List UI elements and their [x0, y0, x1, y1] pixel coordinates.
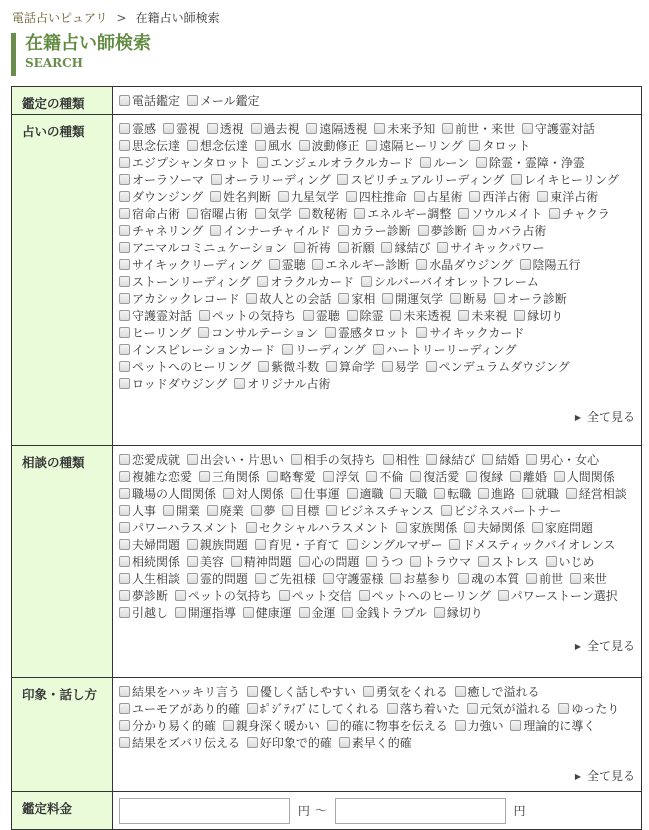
checkbox-option[interactable]: 適職: [347, 487, 384, 501]
checkbox-option[interactable]: 過去視: [251, 122, 300, 136]
checkbox[interactable]: [338, 293, 349, 304]
checkbox-option[interactable]: サイキックカード: [416, 326, 524, 340]
checkbox-option[interactable]: 金銭トラブル: [342, 606, 427, 620]
checkbox-option[interactable]: 親身深く暖かい: [223, 719, 320, 733]
checkbox-option[interactable]: 故人との会話: [246, 292, 331, 306]
checkbox-option[interactable]: ヒーリング: [119, 326, 191, 340]
checkbox-option[interactable]: 東洋占術: [537, 190, 598, 204]
checkbox-option[interactable]: 易学: [382, 360, 419, 374]
checkbox[interactable]: [396, 522, 407, 533]
checkbox-option[interactable]: スピリチュアルリーディング: [337, 173, 504, 187]
checkbox-option[interactable]: 開運気学: [382, 292, 443, 306]
checkbox[interactable]: [255, 208, 266, 219]
checkbox-option[interactable]: 廃業: [207, 504, 244, 518]
checkbox[interactable]: [294, 242, 305, 253]
checkbox-option[interactable]: 縁結び: [381, 241, 430, 255]
checkbox-option[interactable]: ペットへのヒーリング: [359, 589, 491, 603]
checkbox[interactable]: [410, 556, 421, 567]
checkbox[interactable]: [251, 505, 262, 516]
checkbox-option[interactable]: 除霊・霊障・浄霊: [476, 156, 585, 170]
checkbox-option[interactable]: 守護霊対話: [522, 122, 595, 136]
checkbox-option[interactable]: 魂の本質: [458, 572, 519, 586]
checkbox-option[interactable]: オリジナル占術: [234, 377, 330, 391]
checkbox[interactable]: [291, 488, 302, 499]
checkbox[interactable]: [119, 208, 130, 219]
checkbox[interactable]: [255, 539, 266, 550]
checkbox-option[interactable]: 開業: [163, 504, 200, 518]
checkbox[interactable]: [549, 208, 560, 219]
checkbox-option[interactable]: 家庭問題: [532, 521, 593, 535]
checkbox[interactable]: [323, 471, 334, 482]
checkbox[interactable]: [247, 737, 258, 748]
checkbox-option[interactable]: 好印象で的確: [247, 736, 332, 750]
checkbox-option[interactable]: 前世: [526, 572, 563, 586]
checkbox[interactable]: [511, 174, 522, 185]
checkbox-option[interactable]: 元気が溢れる: [467, 702, 552, 716]
checkbox[interactable]: [437, 242, 448, 253]
checkbox[interactable]: [469, 191, 480, 202]
checkbox-option[interactable]: オーラ診断: [494, 292, 567, 306]
checkbox-option[interactable]: パワーハラスメント: [119, 521, 239, 535]
checkbox[interactable]: [257, 276, 268, 287]
checkbox-option[interactable]: シングルマザー: [347, 538, 443, 552]
checkbox[interactable]: [291, 454, 302, 465]
checkbox-option[interactable]: リーディング: [282, 343, 366, 357]
checkbox[interactable]: [363, 686, 374, 697]
checkbox[interactable]: [373, 344, 384, 355]
checkbox-option[interactable]: 結果をハッキリ言う: [119, 685, 240, 699]
checkbox-option[interactable]: ルーン: [420, 156, 469, 170]
checkbox-option[interactable]: 浮気: [323, 470, 360, 484]
checkbox-option[interactable]: ペット交信: [279, 589, 352, 603]
checkbox[interactable]: [455, 720, 466, 731]
checkbox-option[interactable]: 祈願: [338, 241, 375, 255]
checkbox-option[interactable]: 夫婦関係: [464, 521, 525, 535]
checkbox-option[interactable]: 思念伝達: [119, 139, 180, 153]
checkbox[interactable]: [299, 140, 310, 151]
checkbox-option[interactable]: 男心・女心: [526, 453, 599, 467]
checkbox[interactable]: [119, 737, 130, 748]
checkbox-option[interactable]: 九星気学: [278, 190, 339, 204]
checkbox[interactable]: [207, 123, 218, 134]
checkbox-option[interactable]: ﾎﾟｼﾞﾃｨﾌﾞにしてくれる: [247, 702, 380, 716]
checkbox[interactable]: [119, 361, 130, 372]
checkbox-option[interactable]: 霊聴: [269, 258, 306, 272]
checkbox-option[interactable]: 守護霊様: [323, 572, 384, 586]
checkbox-option[interactable]: 四柱推命: [346, 190, 407, 204]
checkbox[interactable]: [187, 95, 198, 106]
checkbox[interactable]: [420, 157, 431, 168]
checkbox[interactable]: [410, 471, 421, 482]
checkbox[interactable]: [476, 157, 487, 168]
checkbox-option[interactable]: 霊感タロット: [325, 326, 410, 340]
checkbox-option[interactable]: ストーンリーディング: [119, 275, 251, 289]
checkbox[interactable]: [458, 310, 469, 321]
checkbox[interactable]: [366, 556, 377, 567]
checkbox-option[interactable]: ダウンジング: [119, 190, 203, 204]
show-all-link[interactable]: ▶全て見る: [119, 638, 635, 655]
checkbox[interactable]: [347, 310, 358, 321]
checkbox[interactable]: [442, 123, 453, 134]
checkbox-option[interactable]: 数秘術: [299, 207, 348, 221]
checkbox-option[interactable]: トラウマ: [410, 555, 471, 569]
checkbox[interactable]: [119, 276, 130, 287]
checkbox[interactable]: [251, 123, 262, 134]
checkbox[interactable]: [323, 573, 334, 584]
checkbox[interactable]: [119, 191, 130, 202]
checkbox[interactable]: [387, 703, 398, 714]
checkbox[interactable]: [326, 361, 337, 372]
checkbox-option[interactable]: 職場の人間関係: [119, 487, 216, 501]
checkbox[interactable]: [207, 505, 218, 516]
checkbox-option[interactable]: 電話鑑定: [119, 94, 180, 108]
checkbox-option[interactable]: 分かり易く的確: [119, 719, 216, 733]
checkbox[interactable]: [390, 310, 401, 321]
checkbox[interactable]: [467, 703, 478, 714]
checkbox[interactable]: [210, 191, 221, 202]
show-all-link[interactable]: ▶全て見る: [119, 768, 635, 785]
checkbox-option[interactable]: ペットの気持ち: [175, 589, 272, 603]
checkbox[interactable]: [187, 539, 198, 550]
checkbox-option[interactable]: 遠隔透視: [306, 122, 367, 136]
checkbox[interactable]: [299, 556, 310, 567]
checkbox[interactable]: [514, 310, 525, 321]
checkbox-option[interactable]: ハートリーリーディング: [373, 343, 517, 357]
checkbox-option[interactable]: 断易: [450, 292, 487, 306]
checkbox-option[interactable]: 天職: [390, 487, 427, 501]
checkbox-option[interactable]: 透視: [207, 122, 244, 136]
checkbox-option[interactable]: サイキックパワー: [437, 241, 544, 255]
checkbox[interactable]: [374, 123, 385, 134]
checkbox[interactable]: [338, 225, 349, 236]
checkbox[interactable]: [119, 505, 130, 516]
checkbox[interactable]: [382, 293, 393, 304]
checkbox[interactable]: [546, 556, 557, 567]
checkbox[interactable]: [434, 607, 445, 618]
checkbox[interactable]: [119, 140, 130, 151]
checkbox-option[interactable]: 除霊: [347, 309, 384, 323]
checkbox[interactable]: [361, 276, 372, 287]
checkbox[interactable]: [566, 488, 577, 499]
checkbox[interactable]: [338, 242, 349, 253]
checkbox[interactable]: [255, 140, 266, 151]
checkbox[interactable]: [326, 505, 337, 516]
checkbox-option[interactable]: 恋愛成就: [119, 453, 180, 467]
checkbox[interactable]: [526, 454, 537, 465]
checkbox-option[interactable]: 対人関係: [223, 487, 284, 501]
checkbox[interactable]: [119, 259, 130, 270]
checkbox[interactable]: [347, 539, 358, 550]
checkbox-option[interactable]: インスピレーションカード: [119, 343, 275, 357]
checkbox[interactable]: [359, 590, 370, 601]
checkbox-option[interactable]: シルバーバイオレットフレーム: [361, 275, 539, 289]
checkbox[interactable]: [119, 225, 130, 236]
checkbox-option[interactable]: 気学: [255, 207, 292, 221]
checkbox[interactable]: [246, 522, 257, 533]
checkbox[interactable]: [526, 573, 537, 584]
checkbox[interactable]: [426, 361, 437, 372]
checkbox-option[interactable]: ユーモアがあり的確: [119, 702, 240, 716]
checkbox[interactable]: [382, 361, 393, 372]
checkbox[interactable]: [119, 242, 130, 253]
checkbox-option[interactable]: 素早く的確: [339, 736, 412, 750]
checkbox-option[interactable]: 相性: [383, 453, 420, 467]
checkbox-option[interactable]: 紫微斗数: [258, 360, 319, 374]
checkbox[interactable]: [510, 471, 521, 482]
checkbox-option[interactable]: 開運指導: [175, 606, 236, 620]
checkbox[interactable]: [339, 737, 350, 748]
checkbox-option[interactable]: 心の問題: [299, 555, 360, 569]
checkbox[interactable]: [187, 454, 198, 465]
checkbox-option[interactable]: 霊感: [119, 122, 156, 136]
checkbox[interactable]: [418, 225, 429, 236]
checkbox-option[interactable]: 夢: [251, 504, 276, 518]
checkbox-option[interactable]: サイキックリーディング: [119, 258, 262, 272]
checkbox-option[interactable]: 縁結び: [426, 453, 475, 467]
checkbox[interactable]: [234, 378, 245, 389]
checkbox[interactable]: [163, 123, 174, 134]
checkbox[interactable]: [390, 488, 401, 499]
checkbox[interactable]: [119, 471, 130, 482]
checkbox-option[interactable]: 人事: [119, 504, 156, 518]
checkbox[interactable]: [247, 686, 258, 697]
checkbox-option[interactable]: ペンデュラムダウジング: [426, 360, 570, 374]
checkbox-option[interactable]: アニマルコミニュケーション: [119, 241, 287, 255]
checkbox[interactable]: [187, 573, 198, 584]
checkbox-option[interactable]: 家族関係: [396, 521, 457, 535]
checkbox[interactable]: [175, 607, 186, 618]
checkbox[interactable]: [210, 225, 221, 236]
checkbox-option[interactable]: インナーチャイルド: [210, 224, 331, 238]
checkbox[interactable]: [390, 573, 401, 584]
checkbox-option[interactable]: 結果をズバリ伝える: [119, 736, 240, 750]
checkbox-option[interactable]: 力強い: [455, 719, 504, 733]
checkbox[interactable]: [337, 174, 348, 185]
checkbox[interactable]: [258, 361, 269, 372]
checkbox-option[interactable]: 結婚: [482, 453, 519, 467]
checkbox-option[interactable]: 水晶ダウジング: [416, 258, 512, 272]
checkbox[interactable]: [354, 208, 365, 219]
checkbox-option[interactable]: 霊的問題: [187, 572, 248, 586]
checkbox-option[interactable]: ペットの気持ち: [199, 309, 296, 323]
checkbox[interactable]: [211, 174, 222, 185]
checkbox[interactable]: [119, 310, 130, 321]
checkbox[interactable]: [119, 157, 130, 168]
checkbox-option[interactable]: チャネリング: [119, 224, 203, 238]
checkbox[interactable]: [450, 293, 461, 304]
checkbox[interactable]: [223, 488, 234, 499]
checkbox[interactable]: [119, 686, 130, 697]
checkbox-option[interactable]: 育児・子育て: [255, 538, 340, 552]
checkbox-option[interactable]: 算命学: [326, 360, 375, 374]
checkbox[interactable]: [522, 123, 533, 134]
checkbox[interactable]: [416, 327, 427, 338]
checkbox-option[interactable]: 人間関係: [554, 470, 615, 484]
checkbox-option[interactable]: 守護霊対話: [119, 309, 192, 323]
checkbox[interactable]: [187, 140, 198, 151]
checkbox-option[interactable]: 仕事運: [291, 487, 340, 501]
checkbox-option[interactable]: ペットへのヒーリング: [119, 360, 251, 374]
checkbox[interactable]: [482, 454, 493, 465]
checkbox-option[interactable]: 精神問題: [231, 555, 292, 569]
checkbox[interactable]: [498, 590, 509, 601]
checkbox-option[interactable]: 宿曜占術: [187, 207, 248, 221]
checkbox[interactable]: [119, 488, 130, 499]
checkbox-option[interactable]: 来世: [570, 572, 607, 586]
price-max-input[interactable]: [335, 798, 506, 810]
checkbox-option[interactable]: 霊視: [163, 122, 200, 136]
checkbox[interactable]: [119, 95, 130, 106]
checkbox[interactable]: [198, 327, 209, 338]
checkbox-option[interactable]: うつ: [366, 555, 403, 569]
checkbox[interactable]: [299, 208, 310, 219]
checkbox[interactable]: [243, 607, 254, 618]
checkbox[interactable]: [342, 607, 353, 618]
checkbox[interactable]: [231, 556, 242, 567]
checkbox-option[interactable]: 進路: [478, 487, 515, 501]
checkbox-option[interactable]: ロッドダウジング: [119, 377, 227, 391]
checkbox[interactable]: [458, 208, 469, 219]
checkbox-option[interactable]: 複雑な恋愛: [119, 470, 192, 484]
checkbox-option[interactable]: 西洋占術: [469, 190, 530, 204]
checkbox-option[interactable]: 理論的に導く: [510, 719, 595, 733]
checkbox-option[interactable]: レイキヒーリング: [511, 173, 619, 187]
checkbox-option[interactable]: 相続関係: [119, 555, 180, 569]
checkbox[interactable]: [414, 191, 425, 202]
checkbox[interactable]: [469, 140, 480, 151]
checkbox-option[interactable]: 前世・来世: [442, 122, 515, 136]
checkbox-option[interactable]: 姓名判断: [210, 190, 271, 204]
checkbox-option[interactable]: 落ち着いた: [387, 702, 460, 716]
checkbox-option[interactable]: ご先祖様: [255, 572, 316, 586]
checkbox[interactable]: [478, 556, 489, 567]
checkbox[interactable]: [434, 488, 445, 499]
checkbox[interactable]: [441, 505, 452, 516]
checkbox-option[interactable]: 未来予知: [374, 122, 435, 136]
checkbox[interactable]: [175, 590, 186, 601]
checkbox-option[interactable]: 縁切り: [514, 309, 563, 323]
checkbox[interactable]: [119, 573, 130, 584]
checkbox-option[interactable]: 不倫: [366, 470, 403, 484]
checkbox-option[interactable]: チャクラ: [549, 207, 610, 221]
checkbox[interactable]: [199, 310, 210, 321]
checkbox[interactable]: [246, 293, 257, 304]
checkbox[interactable]: [537, 191, 548, 202]
checkbox[interactable]: [223, 720, 234, 731]
checkbox-option[interactable]: 未来透視: [390, 309, 451, 323]
checkbox-option[interactable]: ドメスティックバイオレンス: [449, 538, 615, 552]
checkbox[interactable]: [532, 522, 543, 533]
checkbox-option[interactable]: 宿命占術: [119, 207, 180, 221]
checkbox-option[interactable]: オラクルカード: [257, 275, 354, 289]
checkbox[interactable]: [199, 471, 210, 482]
checkbox[interactable]: [347, 488, 358, 499]
checkbox[interactable]: [510, 720, 521, 731]
checkbox[interactable]: [119, 556, 130, 567]
checkbox-option[interactable]: 夫婦問題: [119, 538, 180, 552]
checkbox-option[interactable]: 風水: [255, 139, 292, 153]
checkbox-option[interactable]: 波動修正: [299, 139, 360, 153]
checkbox[interactable]: [282, 344, 293, 355]
checkbox-option[interactable]: 就職: [522, 487, 559, 501]
checkbox[interactable]: [464, 522, 475, 533]
checkbox-option[interactable]: お墓参り: [390, 572, 451, 586]
checkbox-option[interactable]: 転職: [434, 487, 471, 501]
checkbox[interactable]: [119, 703, 130, 714]
checkbox[interactable]: [466, 471, 477, 482]
checkbox-option[interactable]: カラー診断: [338, 224, 411, 238]
checkbox[interactable]: [119, 378, 130, 389]
checkbox-option[interactable]: 夢診断: [418, 224, 467, 238]
checkbox-option[interactable]: エネルギー診断: [312, 258, 409, 272]
checkbox[interactable]: [346, 191, 357, 202]
price-min-input[interactable]: [119, 798, 290, 810]
checkbox[interactable]: [119, 454, 130, 465]
checkbox[interactable]: [282, 505, 293, 516]
checkbox-option[interactable]: 出会い・片思い: [187, 453, 284, 467]
checkbox[interactable]: [163, 505, 174, 516]
checkbox[interactable]: [187, 556, 198, 567]
checkbox[interactable]: [455, 686, 466, 697]
checkbox[interactable]: [299, 607, 310, 618]
checkbox[interactable]: [119, 607, 130, 618]
checkbox-option[interactable]: ゆったり: [558, 702, 619, 716]
checkbox-option[interactable]: 三角関係: [199, 470, 260, 484]
checkbox-option[interactable]: 健康運: [243, 606, 292, 620]
checkbox-option[interactable]: オーラリーディング: [211, 173, 331, 187]
checkbox[interactable]: [306, 123, 317, 134]
checkbox-option[interactable]: 霊聴: [303, 309, 340, 323]
checkbox[interactable]: [494, 293, 505, 304]
checkbox[interactable]: [520, 259, 531, 270]
checkbox-option[interactable]: エネルギー調整: [354, 207, 451, 221]
checkbox-option[interactable]: 的確に物事を伝える: [327, 719, 448, 733]
checkbox-option[interactable]: 遠隔ヒーリング: [366, 139, 462, 153]
checkbox-option[interactable]: 勇気をくれる: [363, 685, 448, 699]
checkbox-option[interactable]: 想念伝達: [187, 139, 248, 153]
checkbox-option[interactable]: 目標: [282, 504, 319, 518]
checkbox[interactable]: [478, 488, 489, 499]
checkbox-option[interactable]: 癒しで溢れる: [455, 685, 540, 699]
checkbox[interactable]: [187, 208, 198, 219]
checkbox[interactable]: [554, 471, 565, 482]
checkbox-option[interactable]: セクシャルハラスメント: [246, 521, 390, 535]
checkbox-option[interactable]: いじめ: [546, 555, 595, 569]
checkbox-option[interactable]: 縁切り: [434, 606, 483, 620]
checkbox-option[interactable]: メール鑑定: [187, 94, 260, 108]
checkbox[interactable]: [119, 522, 130, 533]
checkbox-option[interactable]: 陰陽五行: [520, 258, 581, 272]
checkbox-option[interactable]: 夢診断: [119, 589, 168, 603]
checkbox[interactable]: [119, 590, 130, 601]
breadcrumb-home-link[interactable]: 電話占いピュアリ: [12, 11, 108, 25]
checkbox-option[interactable]: カバラ占術: [473, 224, 546, 238]
checkbox[interactable]: [119, 539, 130, 550]
checkbox[interactable]: [119, 344, 130, 355]
checkbox-option[interactable]: エンジェルオラクルカード: [257, 156, 413, 170]
checkbox-option[interactable]: ビジネスパートナー: [441, 504, 562, 518]
checkbox[interactable]: [366, 471, 377, 482]
checkbox-option[interactable]: 略奪愛: [267, 470, 316, 484]
checkbox-option[interactable]: 経営相談: [566, 487, 627, 501]
checkbox[interactable]: [426, 454, 437, 465]
checkbox-option[interactable]: ビジネスチャンス: [326, 504, 434, 518]
checkbox-option[interactable]: 優しく話しやすい: [247, 685, 356, 699]
checkbox[interactable]: [119, 293, 130, 304]
checkbox[interactable]: [416, 259, 427, 270]
checkbox[interactable]: [558, 703, 569, 714]
checkbox-option[interactable]: エジプシャンタロット: [119, 156, 251, 170]
